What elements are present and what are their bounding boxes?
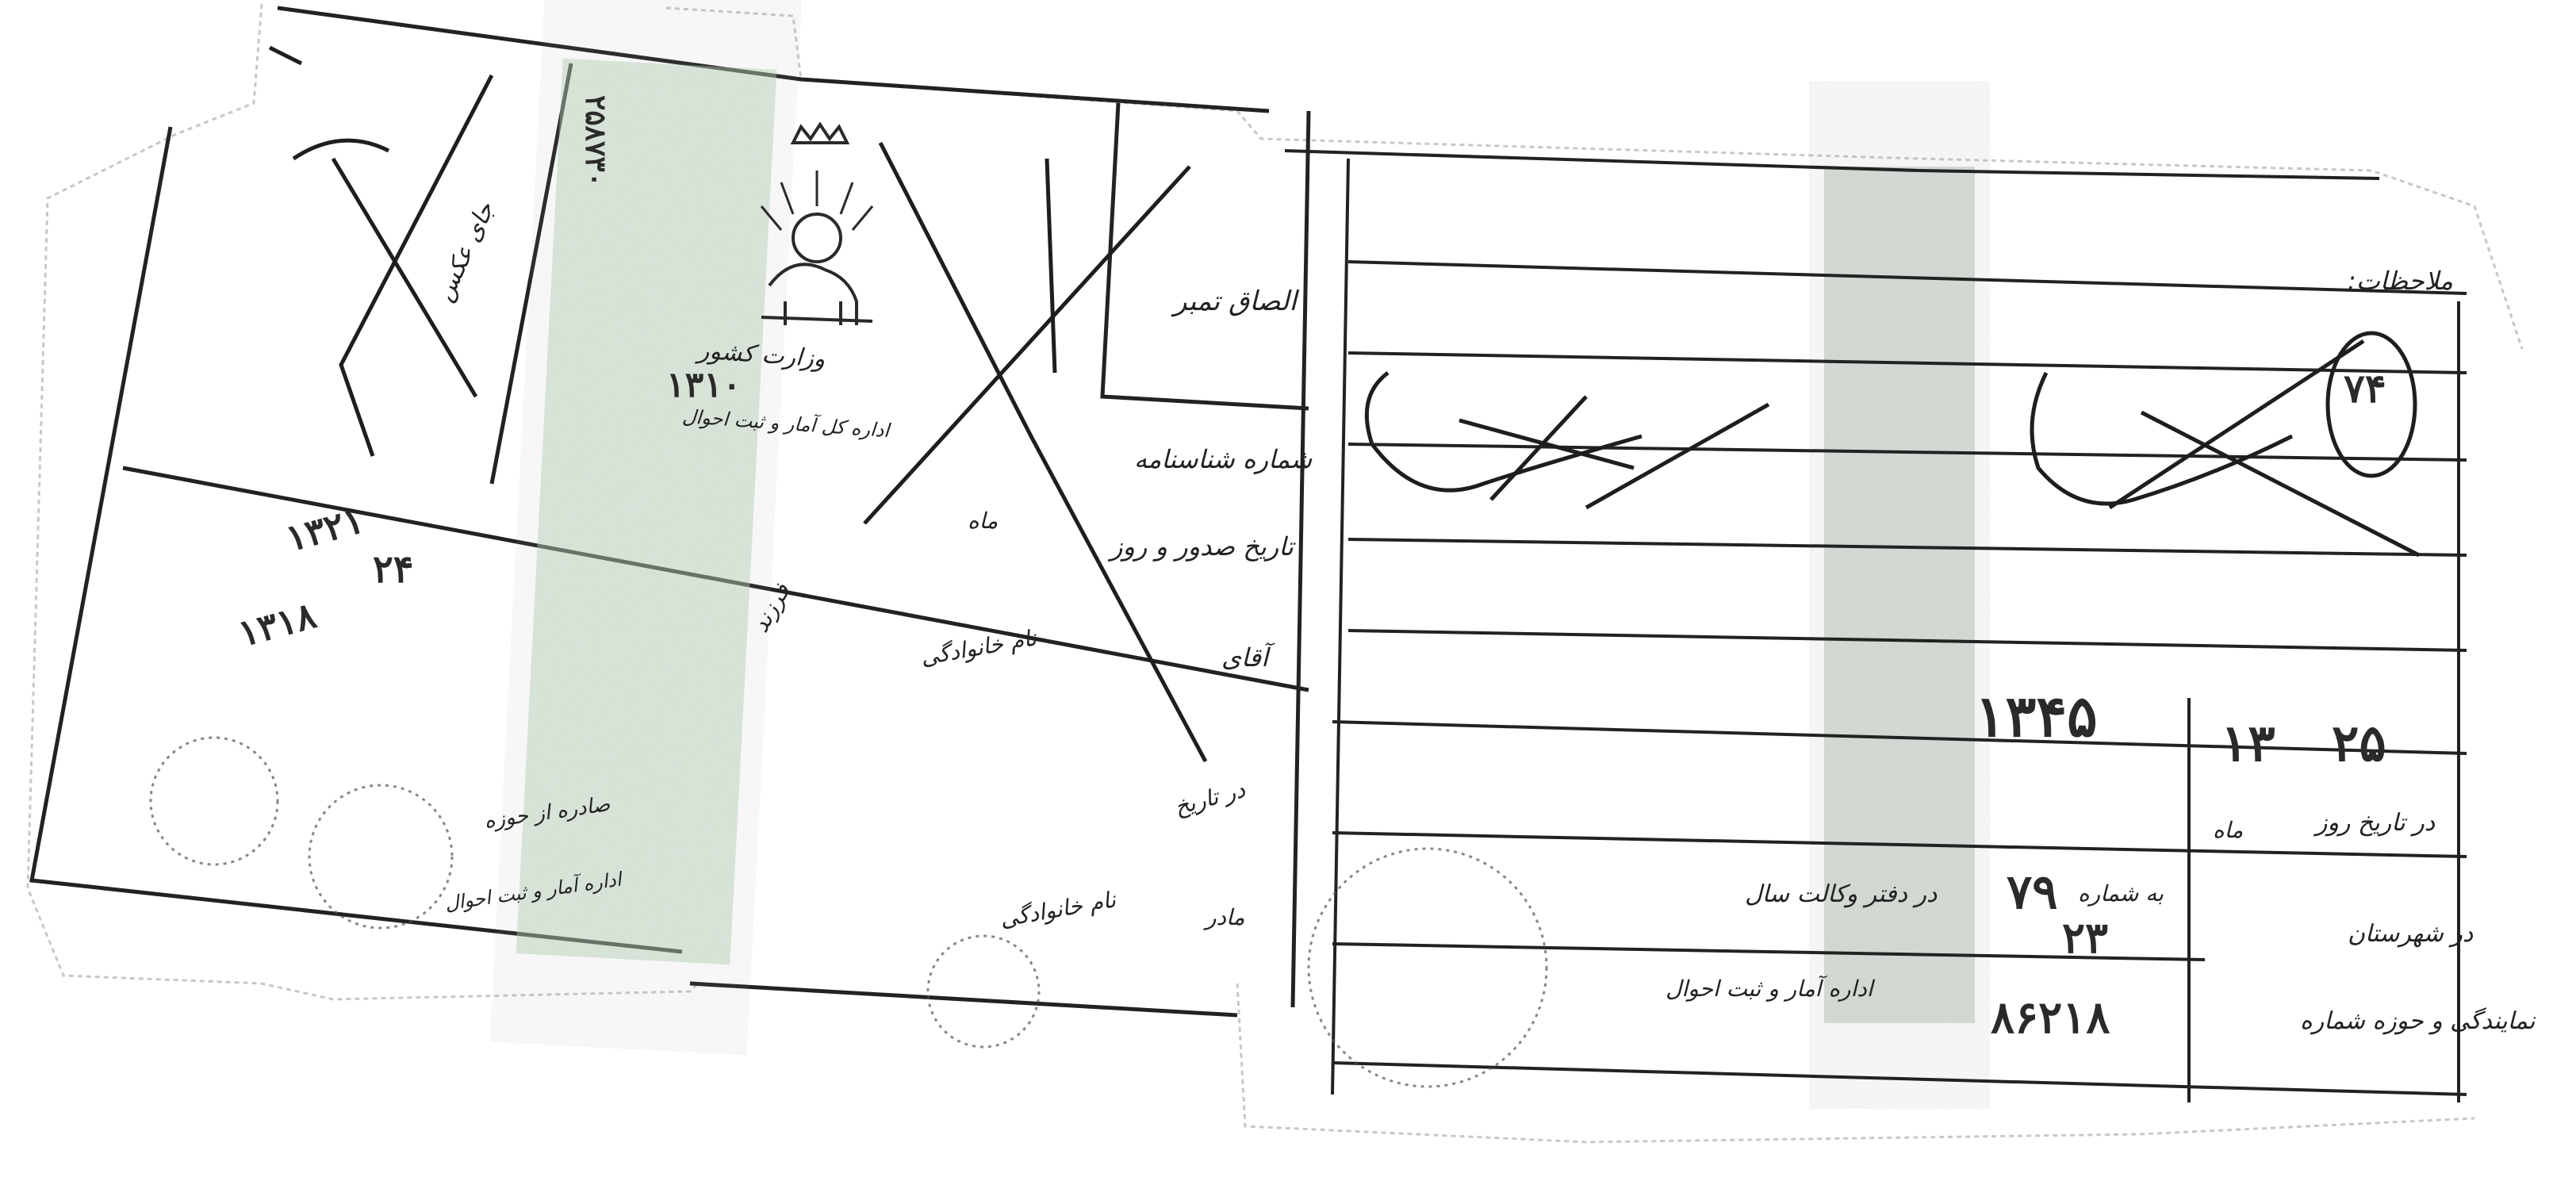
registered-no-label: به شماره (2078, 880, 2164, 907)
notary-label: نمایندگی و حوزه شماره (2300, 1007, 2535, 1035)
handwritten-reg-number: ۷۹ (2007, 865, 2057, 920)
handwritten-year: ۱۳۱۰ (666, 365, 742, 405)
handwritten-reg-number-b: ۲۳ (2062, 912, 2108, 963)
stamp-area-label: الصاق تمبر (1174, 286, 1297, 317)
month-label: ماه (968, 508, 998, 534)
date-day-label: در تاریخ روز (2316, 809, 2435, 837)
registered-year-label: در دفتر وکالت سال (1745, 880, 1937, 908)
handwritten-day: ۱۳ (2221, 714, 2275, 773)
mother-label: مادر (1206, 904, 1245, 930)
serial-number: ۲۵۸۷۳۰ (579, 95, 612, 187)
lion-and-sun-emblem (761, 125, 872, 325)
month-label-2: ماه (2213, 817, 2243, 843)
remarks-label: ملاحظات: (2348, 266, 2453, 296)
mr-label: آقای (1221, 642, 1268, 673)
circle-mark: ۷۴ (2344, 365, 2386, 412)
handwritten-year-2: ۱۳۴۵ (1975, 682, 2098, 750)
issue-date-label: تاریخ صدور و روز (1110, 531, 1294, 562)
id-number-label: شماره شناسنامه (1134, 444, 1312, 474)
handwritten-month-no: ۲۵ (2332, 714, 2386, 773)
office-civil-label: اداره آمار و ثبت احوال (1666, 976, 1873, 1002)
handwritten-id-no: ۲۴ (373, 547, 414, 592)
city-label: در شهرستان (2348, 920, 2473, 948)
handwritten-notary-no: ۸۶۲۱۸ (1991, 991, 2110, 1044)
